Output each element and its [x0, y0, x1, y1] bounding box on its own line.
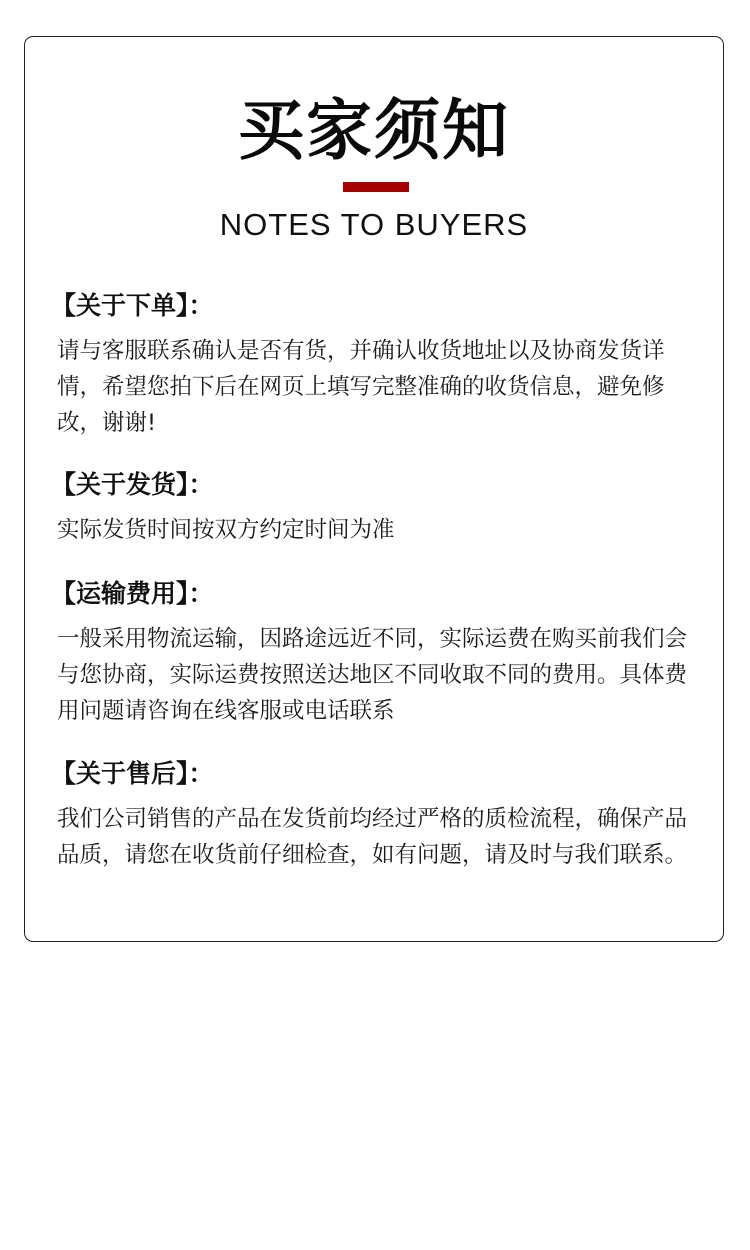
section-body: 实际发货时间按双方约定时间为准 — [55, 512, 705, 548]
section-heading: 【关于发货】： — [51, 468, 705, 502]
page-title: 买家须知 — [25, 91, 723, 171]
section-body: 一般采用物流运输，因路途远近不同，实际运费在购买前我们会与您协商，实际运费按照送… — [55, 621, 705, 729]
accent-divider — [343, 182, 409, 192]
section-heading: 【关于下单】： — [51, 289, 705, 323]
section-freight: 【运输费用】： 一般采用物流运输，因路途远近不同，实际运费在购买前我们会与您协商… — [55, 577, 705, 729]
notes-card: 买家须知 NOTES TO BUYERS 【关于下单】： 请与客服联系确认是否有… — [24, 36, 724, 942]
section-body: 请与客服联系确认是否有货，并确认收货地址以及协商发货详情，希望您拍下后在网页上填… — [55, 333, 705, 441]
section-heading: 【运输费用】： — [51, 577, 705, 611]
section-after-sales: 【关于售后】： 我们公司销售的产品在发货前均经过严格的质检流程，确保产品品质，请… — [55, 757, 705, 873]
section-heading: 【关于售后】： — [51, 757, 705, 791]
section-ordering: 【关于下单】： 请与客服联系确认是否有货，并确认收货地址以及协商发货详情，希望您… — [55, 289, 705, 441]
section-shipping: 【关于发货】： 实际发货时间按双方约定时间为准 — [55, 468, 705, 548]
section-body: 我们公司销售的产品在发货前均经过严格的质检流程，确保产品品质，请您在收货前仔细检… — [55, 801, 705, 873]
page-subtitle: NOTES TO BUYERS — [25, 205, 723, 245]
